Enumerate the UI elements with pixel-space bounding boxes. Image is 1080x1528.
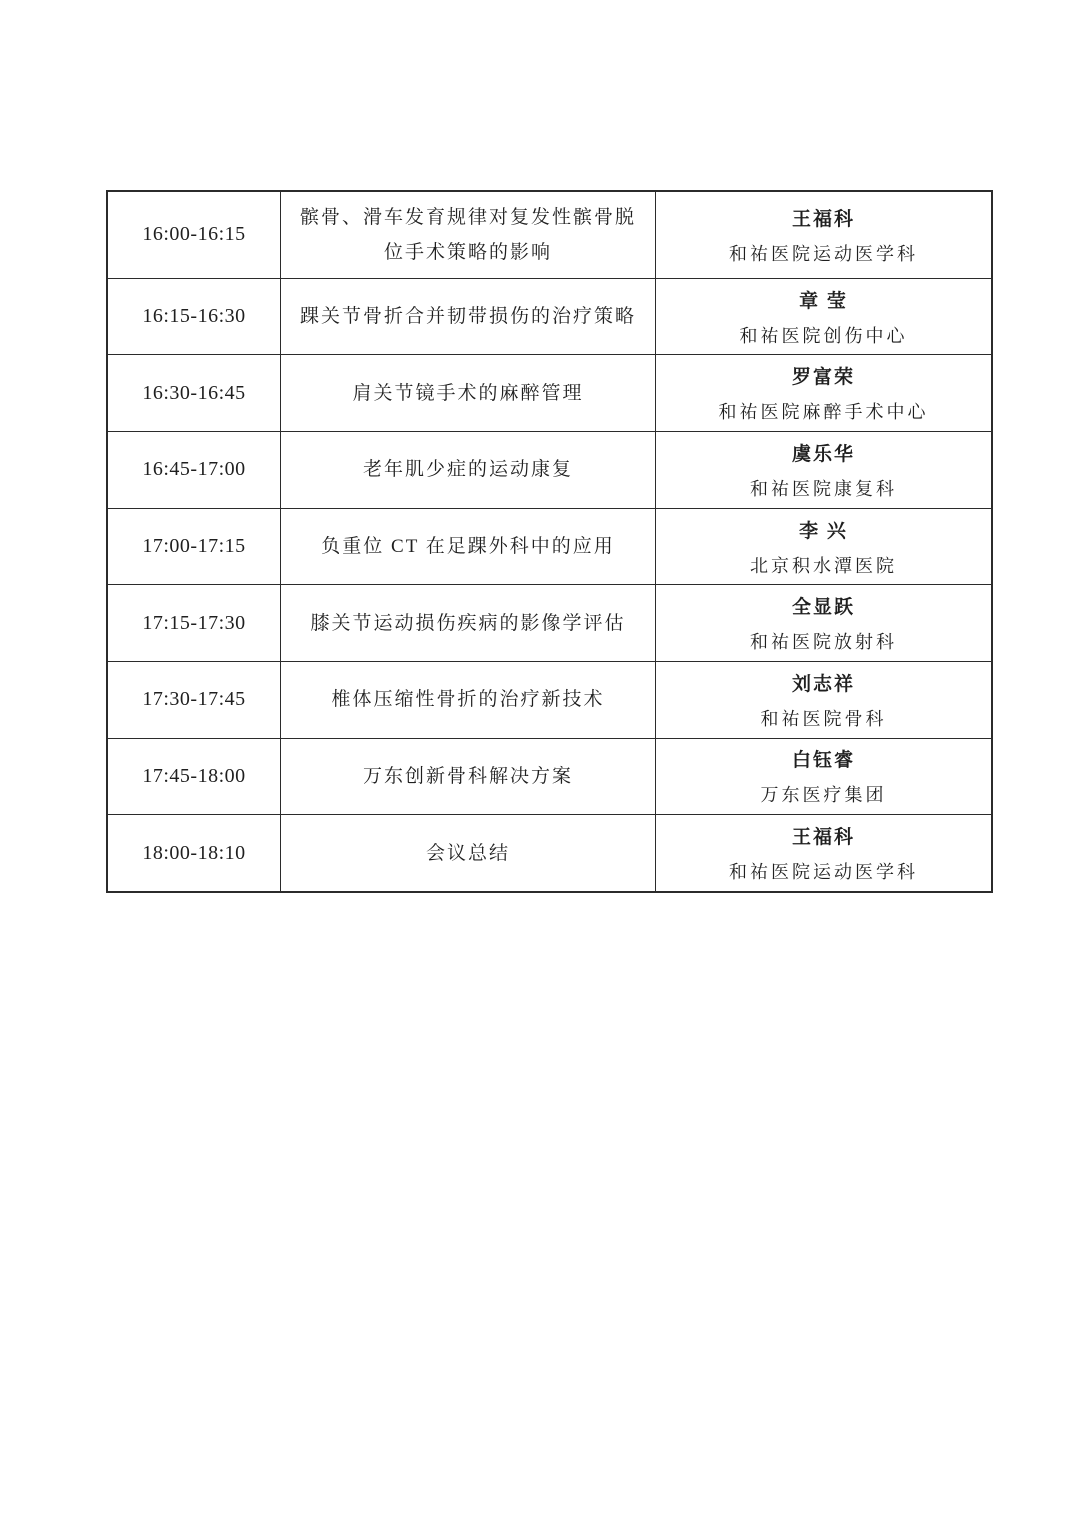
session-topic: 老年肌少症的运动康复 — [281, 452, 655, 487]
session-time-cell: 16:45-17:00 — [107, 432, 281, 509]
session-time: 16:30-16:45 — [142, 382, 245, 404]
session-speaker-cell: 李 兴 北京积水潭医院 — [656, 508, 993, 585]
session-topic-cell: 万东创新骨科解决方案 — [281, 738, 656, 815]
session-topic: 髌骨、滑车发育规律对复发性髌骨脱位手术策略的影响 — [281, 200, 655, 270]
session-topic: 会议总结 — [281, 836, 655, 871]
table-row: 17:45-18:00 万东创新骨科解决方案 白钰睿 万东医疗集团 — [107, 738, 992, 815]
session-speaker-cell: 章 莹 和祐医院创伤中心 — [656, 278, 993, 355]
session-topic: 肩关节镜手术的麻醉管理 — [281, 376, 655, 411]
table-row: 18:00-18:10 会议总结 王福科 和祐医院运动医学科 — [107, 815, 992, 892]
session-speaker-cell: 虞乐华 和祐医院康复科 — [656, 432, 993, 509]
speaker-name: 刘志祥 — [656, 669, 991, 696]
speaker-name: 全显跃 — [656, 592, 991, 619]
speaker-affiliation: 和祐医院运动医学科 — [656, 240, 991, 266]
speaker-name: 王福科 — [656, 204, 991, 231]
document-page: 16:00-16:15 髌骨、滑车发育规律对复发性髌骨脱位手术策略的影响 王福科… — [0, 0, 1080, 1528]
speaker-affiliation: 和祐医院创伤中心 — [656, 322, 991, 348]
session-topic-cell: 负重位 CT 在足踝外科中的应用 — [281, 508, 656, 585]
session-time-cell: 17:00-17:15 — [107, 508, 281, 585]
session-time: 18:00-18:10 — [142, 842, 245, 864]
session-topic-cell: 踝关节骨折合并韧带损伤的治疗策略 — [281, 278, 656, 355]
table-row: 16:30-16:45 肩关节镜手术的麻醉管理 罗富荣 和祐医院麻醉手术中心 — [107, 355, 992, 432]
session-speaker-cell: 罗富荣 和祐医院麻醉手术中心 — [656, 355, 993, 432]
session-speaker-cell: 刘志祥 和祐医院骨科 — [656, 661, 993, 738]
session-time-cell: 16:30-16:45 — [107, 355, 281, 432]
session-speaker-cell: 王福科 和祐医院运动医学科 — [656, 815, 993, 892]
session-speaker-cell: 王福科 和祐医院运动医学科 — [656, 191, 993, 278]
session-time-cell: 17:45-18:00 — [107, 738, 281, 815]
session-time: 16:45-17:00 — [142, 458, 245, 480]
table-row: 16:15-16:30 踝关节骨折合并韧带损伤的治疗策略 章 莹 和祐医院创伤中… — [107, 278, 992, 355]
speaker-affiliation: 和祐医院康复科 — [656, 475, 991, 501]
session-time: 17:00-17:15 — [142, 535, 245, 557]
session-topic: 万东创新骨科解决方案 — [281, 759, 655, 794]
session-topic: 膝关节运动损伤疾病的影像学评估 — [281, 606, 655, 641]
session-topic: 负重位 CT 在足踝外科中的应用 — [281, 529, 655, 564]
table-row: 16:00-16:15 髌骨、滑车发育规律对复发性髌骨脱位手术策略的影响 王福科… — [107, 191, 992, 278]
table-row: 17:15-17:30 膝关节运动损伤疾病的影像学评估 全显跃 和祐医院放射科 — [107, 585, 992, 662]
session-topic-cell: 老年肌少症的运动康复 — [281, 432, 656, 509]
speaker-affiliation: 和祐医院麻醉手术中心 — [656, 398, 991, 424]
session-topic-cell: 髌骨、滑车发育规律对复发性髌骨脱位手术策略的影响 — [281, 191, 656, 278]
session-topic-cell: 椎体压缩性骨折的治疗新技术 — [281, 661, 656, 738]
session-speaker-cell: 全显跃 和祐医院放射科 — [656, 585, 993, 662]
session-time-cell: 17:15-17:30 — [107, 585, 281, 662]
session-time: 16:00-16:15 — [142, 223, 245, 245]
schedule-table-body: 16:00-16:15 髌骨、滑车发育规律对复发性髌骨脱位手术策略的影响 王福科… — [107, 191, 992, 892]
session-topic: 椎体压缩性骨折的治疗新技术 — [281, 682, 655, 717]
speaker-affiliation: 和祐医院骨科 — [656, 705, 991, 731]
table-row: 16:45-17:00 老年肌少症的运动康复 虞乐华 和祐医院康复科 — [107, 432, 992, 509]
speaker-name: 王福科 — [656, 822, 991, 849]
table-row: 17:30-17:45 椎体压缩性骨折的治疗新技术 刘志祥 和祐医院骨科 — [107, 661, 992, 738]
speaker-affiliation: 北京积水潭医院 — [656, 552, 991, 578]
speaker-name: 李 兴 — [656, 516, 991, 543]
session-time: 17:45-18:00 — [142, 765, 245, 787]
table-row: 17:00-17:15 负重位 CT 在足踝外科中的应用 李 兴 北京积水潭医院 — [107, 508, 992, 585]
session-time: 17:30-17:45 — [142, 688, 245, 710]
session-topic-cell: 膝关节运动损伤疾病的影像学评估 — [281, 585, 656, 662]
speaker-name: 虞乐华 — [656, 439, 991, 466]
session-topic-cell: 肩关节镜手术的麻醉管理 — [281, 355, 656, 432]
speaker-name: 章 莹 — [656, 286, 991, 313]
speaker-affiliation: 和祐医院放射科 — [656, 628, 991, 654]
session-time: 17:15-17:30 — [142, 612, 245, 634]
session-time-cell: 16:00-16:15 — [107, 191, 281, 278]
session-time: 16:15-16:30 — [142, 305, 245, 327]
speaker-affiliation: 万东医疗集团 — [656, 781, 991, 807]
speaker-name: 罗富荣 — [656, 362, 991, 389]
schedule-table: 16:00-16:15 髌骨、滑车发育规律对复发性髌骨脱位手术策略的影响 王福科… — [106, 190, 993, 893]
session-time-cell: 16:15-16:30 — [107, 278, 281, 355]
session-time-cell: 17:30-17:45 — [107, 661, 281, 738]
speaker-affiliation: 和祐医院运动医学科 — [656, 858, 991, 884]
session-time-cell: 18:00-18:10 — [107, 815, 281, 892]
speaker-name: 白钰睿 — [656, 745, 991, 772]
session-speaker-cell: 白钰睿 万东医疗集团 — [656, 738, 993, 815]
session-topic-cell: 会议总结 — [281, 815, 656, 892]
session-topic: 踝关节骨折合并韧带损伤的治疗策略 — [281, 299, 655, 334]
